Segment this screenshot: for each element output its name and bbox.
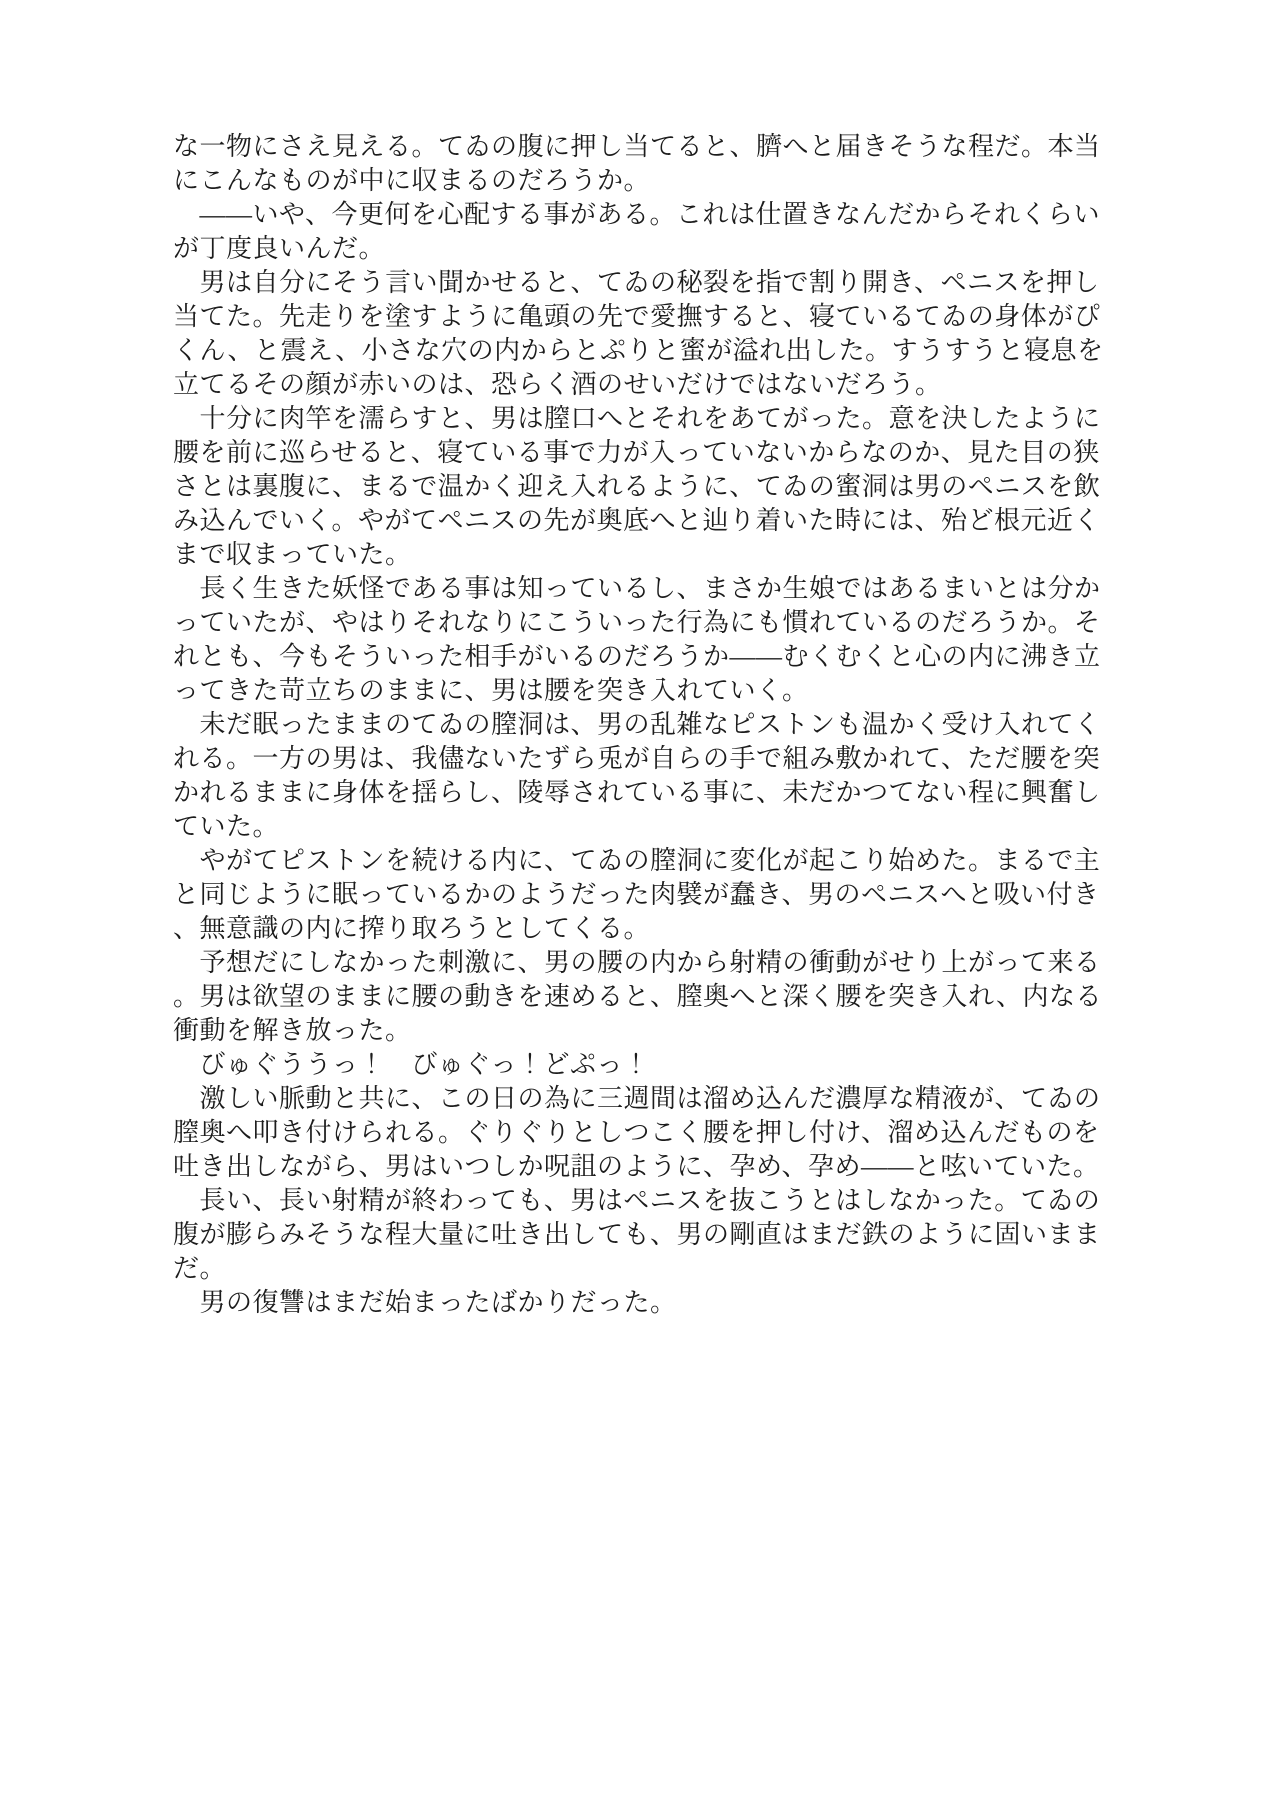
text-line: 十分に肉竿を濡らすと、男は膣口へとそれをあてがった。意を決したように: [173, 402, 1098, 436]
text-line: ——いや、今更何を心配する事がある。これは仕置きなんだからそれくらい: [173, 198, 1098, 232]
text-line: ってきた苛立ちのままに、男は腰を突き入れていく。: [173, 674, 1098, 708]
text-line: ていた。: [173, 810, 1098, 844]
text-line: 吐き出しながら、男はいつしか呪詛のように、孕め、孕め——と呟いていた。: [173, 1150, 1098, 1184]
text-line: まで収まっていた。: [173, 538, 1098, 572]
text-line: かれるままに身体を揺らし、陵辱されている事に、未だかつてない程に興奮し: [173, 776, 1098, 810]
text-line: 腹が膨らみそうな程大量に吐き出しても、男の剛直はまだ鉄のように固いまま: [173, 1218, 1098, 1252]
text-line: 予想だにしなかった刺激に、男の腰の内から射精の衝動がせり上がって来る: [173, 946, 1098, 980]
body-text: な一物にさえ見える。てゐの腹に押し当てると、臍へと届きそうな程だ。本当 にこんな…: [173, 130, 1098, 1320]
text-line: 腰を前に巡らせると、寝ている事で力が入っていないからなのか、見た目の狭: [173, 436, 1098, 470]
text-line: 立てるその顔が赤いのは、恐らく酒のせいだけではないだろう。: [173, 368, 1098, 402]
text-line: れる。一方の男は、我儘ないたずら兎が自らの手で組み敷かれて、ただ腰を突: [173, 742, 1098, 776]
text-line: が丁度良いんだ。: [173, 232, 1098, 266]
text-line: 当てた。先走りを塗すように亀頭の先で愛撫すると、寝ているてゐの身体がぴ: [173, 300, 1098, 334]
text-line: びゅぐううっ！ びゅぐっ！どぷっ！: [173, 1048, 1098, 1082]
text-line: れとも、今もそういった相手がいるのだろうか——むくむくと心の内に沸き立: [173, 640, 1098, 674]
text-line: やがてピストンを続ける内に、てゐの膣洞に変化が起こり始めた。まるで主: [173, 844, 1098, 878]
text-line: だ。: [173, 1252, 1098, 1286]
text-line: 。男は欲望のままに腰の動きを速めると、膣奥へと深く腰を突き入れ、内なる: [173, 980, 1098, 1014]
text-line: 男の復讐はまだ始まったばかりだった。: [173, 1286, 1098, 1320]
text-line: くん、と震え、小さな穴の内からとぷりと蜜が溢れ出した。すうすうと寝息を: [173, 334, 1098, 368]
text-line: 男は自分にそう言い聞かせると、てゐの秘裂を指で割り開き、ペニスを押し: [173, 266, 1098, 300]
document-page: な一物にさえ見える。てゐの腹に押し当てると、臍へと届きそうな程だ。本当 にこんな…: [0, 0, 1280, 1810]
text-line: み込んでいく。やがてペニスの先が奥底へと辿り着いた時には、殆ど根元近く: [173, 504, 1098, 538]
text-line: 衝動を解き放った。: [173, 1014, 1098, 1048]
text-line: と同じように眠っているかのようだった肉襞が蠢き、男のペニスへと吸い付き: [173, 878, 1098, 912]
text-line: 長く生きた妖怪である事は知っているし、まさか生娘ではあるまいとは分か: [173, 572, 1098, 606]
text-line: な一物にさえ見える。てゐの腹に押し当てると、臍へと届きそうな程だ。本当: [173, 130, 1098, 164]
text-line: さとは裏腹に、まるで温かく迎え入れるように、てゐの蜜洞は男のペニスを飲: [173, 470, 1098, 504]
text-line: 、無意識の内に搾り取ろうとしてくる。: [173, 912, 1098, 946]
text-line: っていたが、やはりそれなりにこういった行為にも慣れているのだろうか。そ: [173, 606, 1098, 640]
text-line: 未だ眠ったままのてゐの膣洞は、男の乱雑なピストンも温かく受け入れてく: [173, 708, 1098, 742]
text-line: 激しい脈動と共に、この日の為に三週間は溜め込んだ濃厚な精液が、てゐの: [173, 1082, 1098, 1116]
text-line: にこんなものが中に収まるのだろうか。: [173, 164, 1098, 198]
text-line: 膣奥へ叩き付けられる。ぐりぐりとしつこく腰を押し付け、溜め込んだものを: [173, 1116, 1098, 1150]
text-line: 長い、長い射精が終わっても、男はペニスを抜こうとはしなかった。てゐの: [173, 1184, 1098, 1218]
